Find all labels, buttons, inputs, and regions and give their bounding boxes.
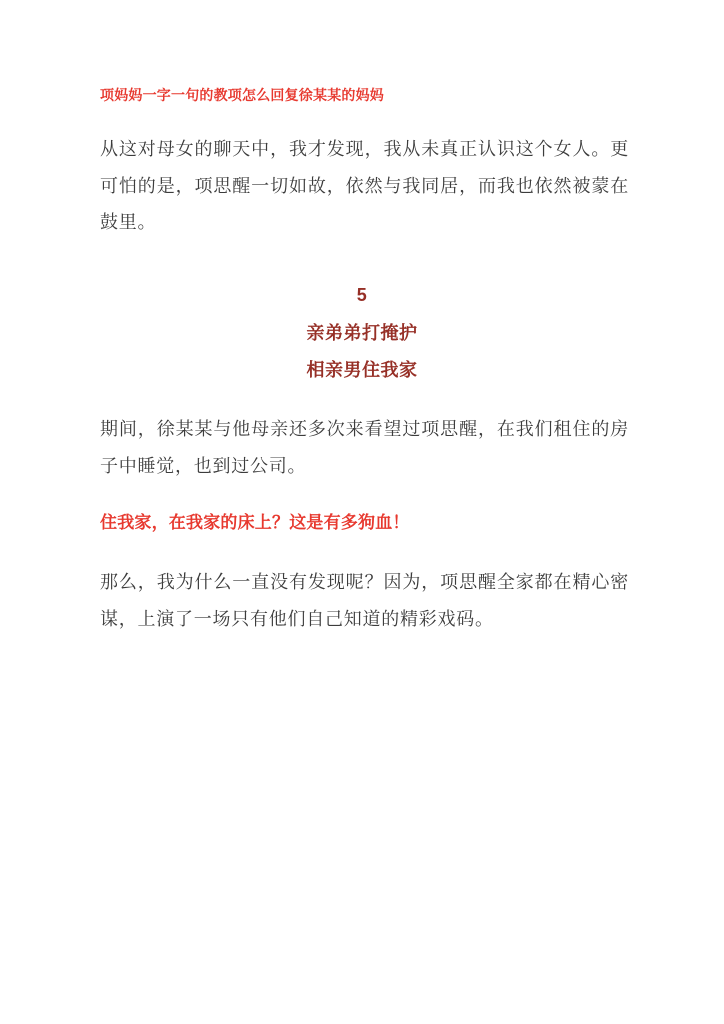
- paragraph-2: 期间，徐某某与他母亲还多次来看望过项思醒，在我们租住的房子中睡觉，也到过公司。: [100, 411, 629, 484]
- paragraph-1: 从这对母女的聊天中，我才发现，我从未真正认识这个女人。更可怕的是，项思醒一切如故…: [100, 131, 629, 241]
- article-heading: 项妈妈一字一句的教项怎么回复徐某某的妈妈: [100, 85, 628, 105]
- section-number: 5: [0, 285, 724, 305]
- paragraph-3: 那么，我为什么一直没有发现呢？因为，项思醒全家都在精心密谋，上演了一场只有他们自…: [100, 564, 629, 637]
- document-page: 项妈妈一字一句的教项怎么回复徐某某的妈妈 从这对母女的聊天中，我才发现，我从未真…: [0, 0, 724, 1024]
- section-title-line-2: 相亲男住我家: [0, 360, 724, 380]
- section-title-line-1: 亲弟弟打掩护: [0, 323, 724, 343]
- emphasis-line: 住我家，在我家的床上？这是有多狗血！: [100, 512, 628, 534]
